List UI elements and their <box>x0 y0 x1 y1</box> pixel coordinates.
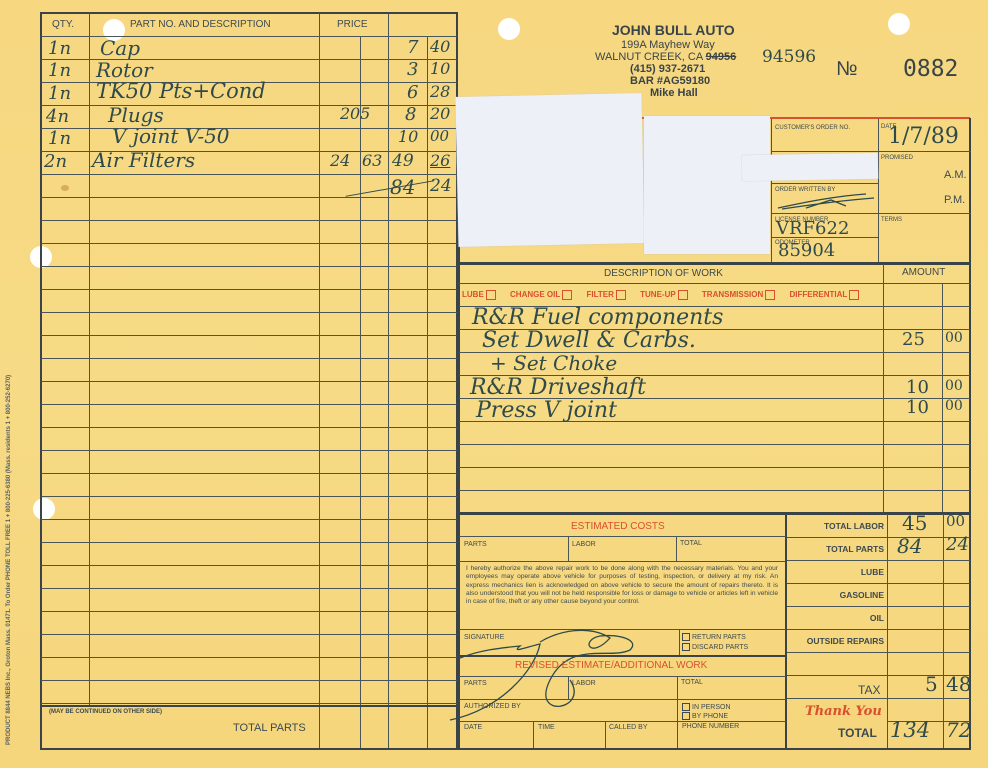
part-amount-dollars: 3 <box>407 59 418 80</box>
promised-label: PROMISED <box>881 155 913 161</box>
part-price-cents: 63 <box>362 151 382 170</box>
redaction-sticker <box>644 116 770 254</box>
estimate-labor-label: LABOR <box>572 541 596 548</box>
part-qty: 1n <box>48 128 71 149</box>
stain-mark <box>61 185 69 191</box>
part-amount-dollars: 49 <box>392 151 414 171</box>
row-rule <box>41 266 457 267</box>
row-rule <box>41 565 457 566</box>
part-price-dollars: 2 <box>340 104 350 123</box>
description-header: PART NO. AND DESCRIPTION <box>130 19 271 30</box>
row-rule <box>459 467 970 468</box>
row-rule <box>41 657 457 658</box>
business-zip-handwritten: 94596 <box>762 47 816 67</box>
business-bar: BAR #AG59180 <box>630 75 710 87</box>
total-cents: 72 <box>946 718 971 742</box>
row-rule <box>41 105 457 106</box>
row-rule <box>41 450 457 451</box>
total-parts-summary-label: TOTAL PARTS <box>826 544 884 554</box>
work-header: DESCRIPTION OF WORK <box>604 268 723 279</box>
row-rule <box>41 588 457 589</box>
date-label-revised: DATE <box>464 724 482 731</box>
row-rule <box>41 335 457 336</box>
row-rule <box>41 289 457 290</box>
side-print: PRODUCT 8844 NEBS Inc., Groton Mass. 014… <box>6 425 12 745</box>
revised-parts-label: PARTS <box>464 680 487 687</box>
terms-label: TERMS <box>881 217 902 223</box>
checkbox-tune-up[interactable]: TUNE-UP <box>640 290 688 299</box>
row-rule <box>41 220 457 221</box>
work-line: + Set Choke <box>490 351 617 375</box>
price-header: PRICE <box>337 19 368 30</box>
row-rule <box>41 611 457 612</box>
business-city: WALNUT CREEK, CA <box>595 51 703 63</box>
part-price-dollars: 24 <box>330 151 350 170</box>
odometer-value: 85904 <box>778 240 835 261</box>
row-rule <box>41 312 457 313</box>
revised-labor-label: LABOR <box>572 680 596 687</box>
tax-cents: 48 <box>946 672 971 696</box>
estimate-total-label: TOTAL <box>680 540 702 547</box>
part-qty: 1n <box>48 60 71 81</box>
redaction-sticker <box>455 93 644 247</box>
return-parts-option[interactable]: RETURN PARTS <box>682 633 746 641</box>
gasoline-label: GASOLINE <box>840 590 884 600</box>
total-labor-cents: 00 <box>946 512 965 530</box>
total-parts-label: TOTAL PARTS <box>233 722 306 734</box>
row-rule <box>459 444 970 445</box>
row-rule <box>41 680 457 681</box>
time-label: TIME <box>538 724 555 731</box>
row-rule <box>41 381 457 382</box>
part-amount-cents: 26 <box>430 151 450 170</box>
part-description: Cap <box>100 36 140 60</box>
part-amount-dollars: 6 <box>407 82 418 103</box>
row-rule <box>41 404 457 405</box>
total-dollars: 134 <box>890 718 930 742</box>
in-person-option[interactable]: IN PERSON <box>682 703 731 711</box>
estimated-costs-title: ESTIMATED COSTS <box>571 521 665 532</box>
phone-number-label: PHONE NUMBER <box>682 723 739 730</box>
revised-estimate-title: REVISED ESTIMATE/ADDITIONAL WORK <box>515 660 707 671</box>
checkbox-transmission[interactable]: TRANSMISSION <box>702 290 775 299</box>
row-rule <box>41 542 457 543</box>
thank-you-text: Thank You <box>805 704 882 719</box>
total-labor-dollars: 45 <box>902 511 927 535</box>
checkbox-filter[interactable]: FILTER <box>586 290 625 299</box>
signature <box>440 620 680 730</box>
part-amount-cents: 00 <box>430 127 449 145</box>
order-written-by-scribble <box>776 192 876 210</box>
subtotal-cents: 24 <box>430 176 452 196</box>
service-checkboxes: LUBE CHANGE OIL FILTER TUNE-UP TRANSMISS… <box>462 290 859 300</box>
part-qty: 1n <box>48 83 71 104</box>
am-label: A.M. <box>944 169 967 181</box>
outside-repairs-label: OUTSIDE REPAIRS <box>807 636 884 646</box>
business-contact: Mike Hall <box>650 87 698 99</box>
tax-dollars: 5 <box>925 672 938 696</box>
total-label: TOTAL <box>838 726 877 740</box>
row-rule <box>41 473 457 474</box>
estimate-parts-label: PARTS <box>464 541 487 548</box>
invoice-number-symbol: № <box>836 58 857 81</box>
part-amount-cents: 40 <box>430 37 450 56</box>
date-value: 1/7/89 <box>888 124 959 149</box>
part-amount-cents: 28 <box>430 82 450 101</box>
business-city-line: WALNUT CREEK, CA 94956 <box>595 51 736 63</box>
work-line: Press V joint <box>476 398 617 423</box>
total-parts-cents: 24 <box>946 534 969 555</box>
part-description: V joint V-50 <box>112 124 230 148</box>
called-by-label: CALLED BY <box>609 724 648 731</box>
punch-hole <box>498 18 520 40</box>
row-rule <box>41 427 457 428</box>
work-amount-cents: 00 <box>945 330 963 346</box>
license-value: VRF622 <box>776 218 849 239</box>
part-amount-cents: 20 <box>430 104 450 123</box>
qty-header: QTY. <box>52 19 74 30</box>
work-line: Set Dwell & Carbs. <box>482 328 696 353</box>
by-phone-option[interactable]: BY PHONE <box>682 712 728 720</box>
part-qty: 4n <box>46 106 69 127</box>
work-amount-dollars: 10 <box>906 397 929 418</box>
customers-order-label: CUSTOMER'S ORDER NO. <box>775 125 850 131</box>
authorization-text: I hereby authorize the above repair work… <box>466 565 778 606</box>
row-rule <box>41 243 457 244</box>
amount-header: AMOUNT <box>902 267 945 278</box>
authorized-by-label: AUTHORIZED BY <box>464 703 521 710</box>
continued-note: (MAY BE CONTINUED ON OTHER SIDE) <box>49 709 162 715</box>
lube-label: LUBE <box>861 567 884 577</box>
invoice-number: 0882 <box>903 56 958 82</box>
part-description: TK50 Pts+Cond <box>96 79 266 103</box>
discard-parts-option[interactable]: DISCARD PARTS <box>682 643 748 651</box>
work-line: R&R Driveshaft <box>470 375 646 400</box>
part-qty: 2n <box>44 151 67 172</box>
work-amount-dollars: 10 <box>906 377 929 398</box>
row-rule <box>41 703 457 704</box>
checkbox-lube[interactable]: LUBE <box>462 290 496 299</box>
punch-hole <box>888 13 910 35</box>
revised-total-label: TOTAL <box>681 679 703 686</box>
row-rule <box>41 519 457 520</box>
row-rule <box>41 128 457 129</box>
tax-label: TAX <box>858 683 880 697</box>
part-price-cents: 05 <box>350 104 370 123</box>
redaction-sticker <box>742 153 878 181</box>
work-line: R&R Fuel components <box>472 305 723 330</box>
invoice-paper: PRODUCT 8844 NEBS Inc., Groton Mass. 014… <box>0 0 988 768</box>
work-amount-cents: 00 <box>945 398 963 414</box>
row-rule <box>41 496 457 497</box>
oil-label: OIL <box>870 613 884 623</box>
part-amount-dollars: 10 <box>398 127 418 146</box>
part-amount-cents: 10 <box>430 59 450 78</box>
checkbox-differential[interactable]: DIFFERENTIAL <box>790 290 860 299</box>
part-qty: 1n <box>48 38 71 59</box>
part-description: Air Filters <box>92 148 195 172</box>
business-zip-struck: 94956 <box>706 51 737 63</box>
row-rule <box>41 358 457 359</box>
row-rule <box>41 634 457 635</box>
business-name: JOHN BULL AUTO <box>612 22 735 38</box>
work-amount-dollars: 25 <box>902 329 925 350</box>
row-rule <box>459 490 970 491</box>
work-amount-cents: 00 <box>945 378 963 394</box>
total-parts-dollars: 84 <box>897 534 922 558</box>
business-phone: (415) 937-2671 <box>630 63 705 75</box>
business-address: 199A Mayhew Way <box>621 39 715 51</box>
part-amount-dollars: 7 <box>407 37 418 58</box>
part-amount-dollars: 8 <box>405 104 416 125</box>
pm-label: P.M. <box>944 194 965 206</box>
checkbox-change-oil[interactable]: CHANGE OIL <box>510 290 572 299</box>
total-labor-label: TOTAL LABOR <box>824 521 884 531</box>
